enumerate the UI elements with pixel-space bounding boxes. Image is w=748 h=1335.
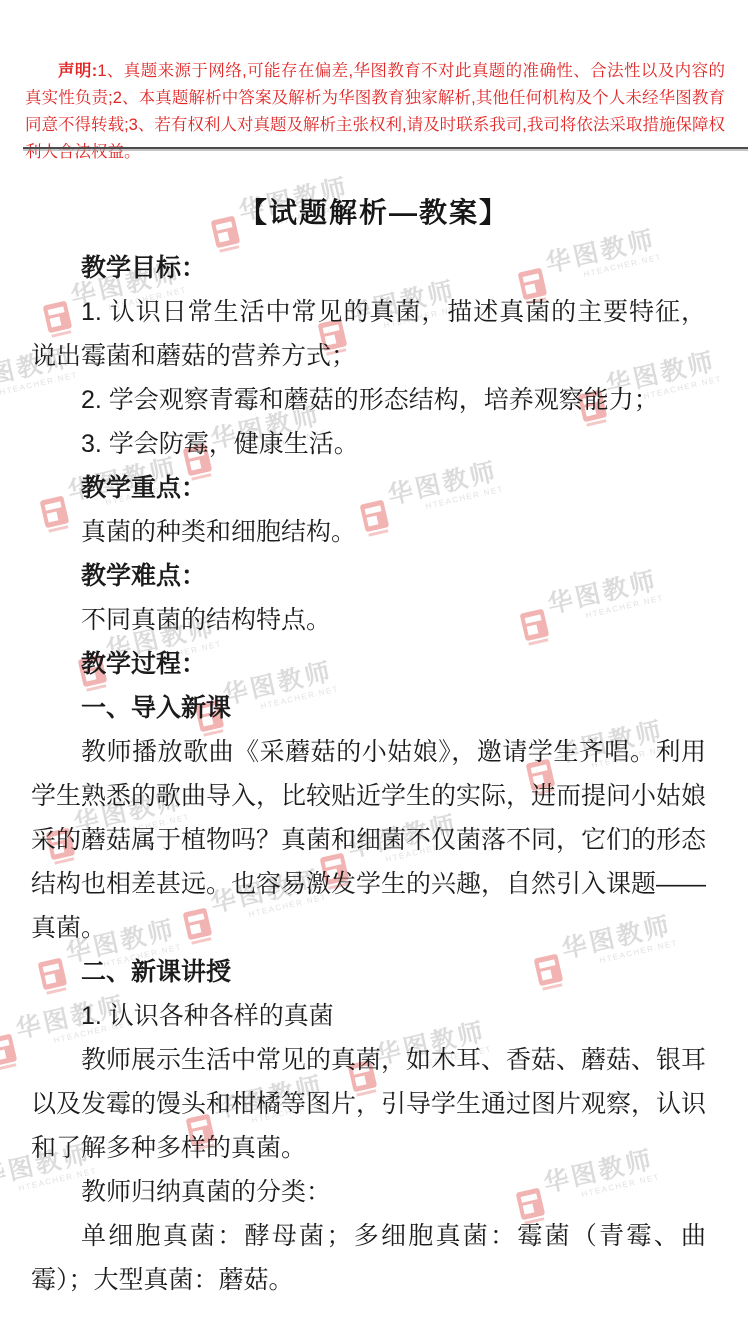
document-page: 华图教师HTEACHER.NET华图教师HTEACHER.NET华图教师HTEA… [0, 0, 748, 1335]
disclaimer: 声明:1、真题来源于网络,可能存在偏差,华图教育不对此真题的准确性、合法性以及内… [25, 58, 725, 166]
section-heading: 教学重点： [31, 466, 706, 510]
section-heading: 二、新课讲授 [31, 950, 706, 994]
body-paragraph: 教师展示生活中常见的真菌，如木耳、香菇、蘑菇、银耳以及发霉的馒头和柑橘等图片，引… [31, 1038, 706, 1170]
body-paragraph: 单细胞真菌：酵母菌；多细胞真菌：霉菌（青霉、曲霉）；大型真菌：蘑菇。 [31, 1214, 706, 1302]
section-heading: 一、导入新课 [31, 686, 706, 730]
document-content: 声明:1、真题来源于网络,可能存在偏差,华图教育不对此真题的准确性、合法性以及内… [0, 0, 748, 1335]
disclaimer-label: 声明: [58, 62, 97, 80]
body-paragraph: 教师归纳真菌的分类： [31, 1170, 706, 1214]
body-paragraph: 真菌的种类和细胞结构。 [31, 510, 706, 554]
divider-line [23, 147, 748, 149]
body-paragraph: 2. 学会观察青霉和蘑菇的形态结构，培养观察能力； [31, 378, 706, 422]
body-paragraph: 3. 学会防霉，健康生活。 [31, 422, 706, 466]
body-paragraph: 1. 认识日常生活中常见的真菌，描述真菌的主要特征，说出霉菌和蘑菇的营养方式； [31, 290, 706, 378]
lesson-plan-body: 教学目标：1. 认识日常生活中常见的真菌，描述真菌的主要特征，说出霉菌和蘑菇的营… [31, 246, 706, 1302]
page-title: 【试题解析—教案】 [0, 196, 748, 230]
section-heading: 教学过程： [31, 642, 706, 686]
section-heading: 教学难点： [31, 554, 706, 598]
disclaimer-text: 1、真题来源于网络,可能存在偏差,华图教育不对此真题的准确性、合法性以及内容的真… [25, 62, 725, 161]
body-paragraph: 教师播放歌曲《采蘑菇的小姑娘》，邀请学生齐唱。利用学生熟悉的歌曲导入，比较贴近学… [31, 730, 706, 950]
body-paragraph: 1. 认识各种各样的真菌 [31, 994, 706, 1038]
section-heading: 教学目标： [31, 246, 706, 290]
body-paragraph: 不同真菌的结构特点。 [31, 598, 706, 642]
